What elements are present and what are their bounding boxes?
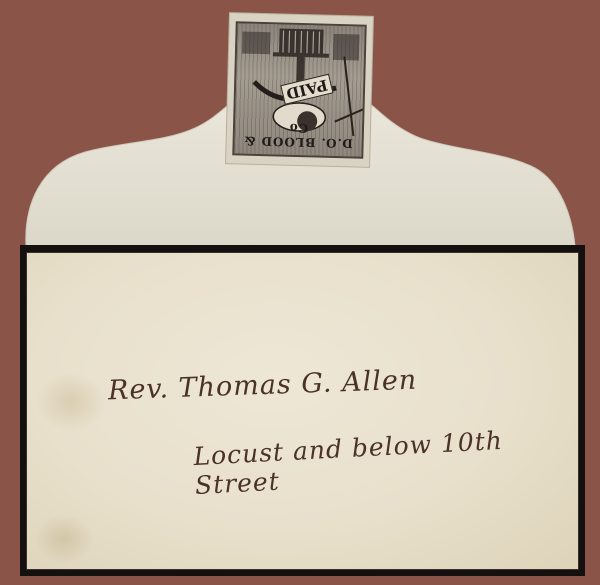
stamp-company-label: D.O. BLOOD & Co <box>234 119 362 150</box>
address-recipient: Rev. Thomas G. Allen <box>108 365 418 407</box>
envelope-body: Rev. Thomas G. Allen Locust and below 10… <box>20 245 585 576</box>
stamp-engraving: PAID D.O. BLOOD & Co <box>232 21 366 158</box>
address-street: Locust and below 10th Street <box>193 422 581 500</box>
envelope-photo: Rev. Thomas G. Allen Locust and below 10… <box>0 0 600 585</box>
postage-stamp: PAID D.O. BLOOD & Co <box>226 13 373 167</box>
